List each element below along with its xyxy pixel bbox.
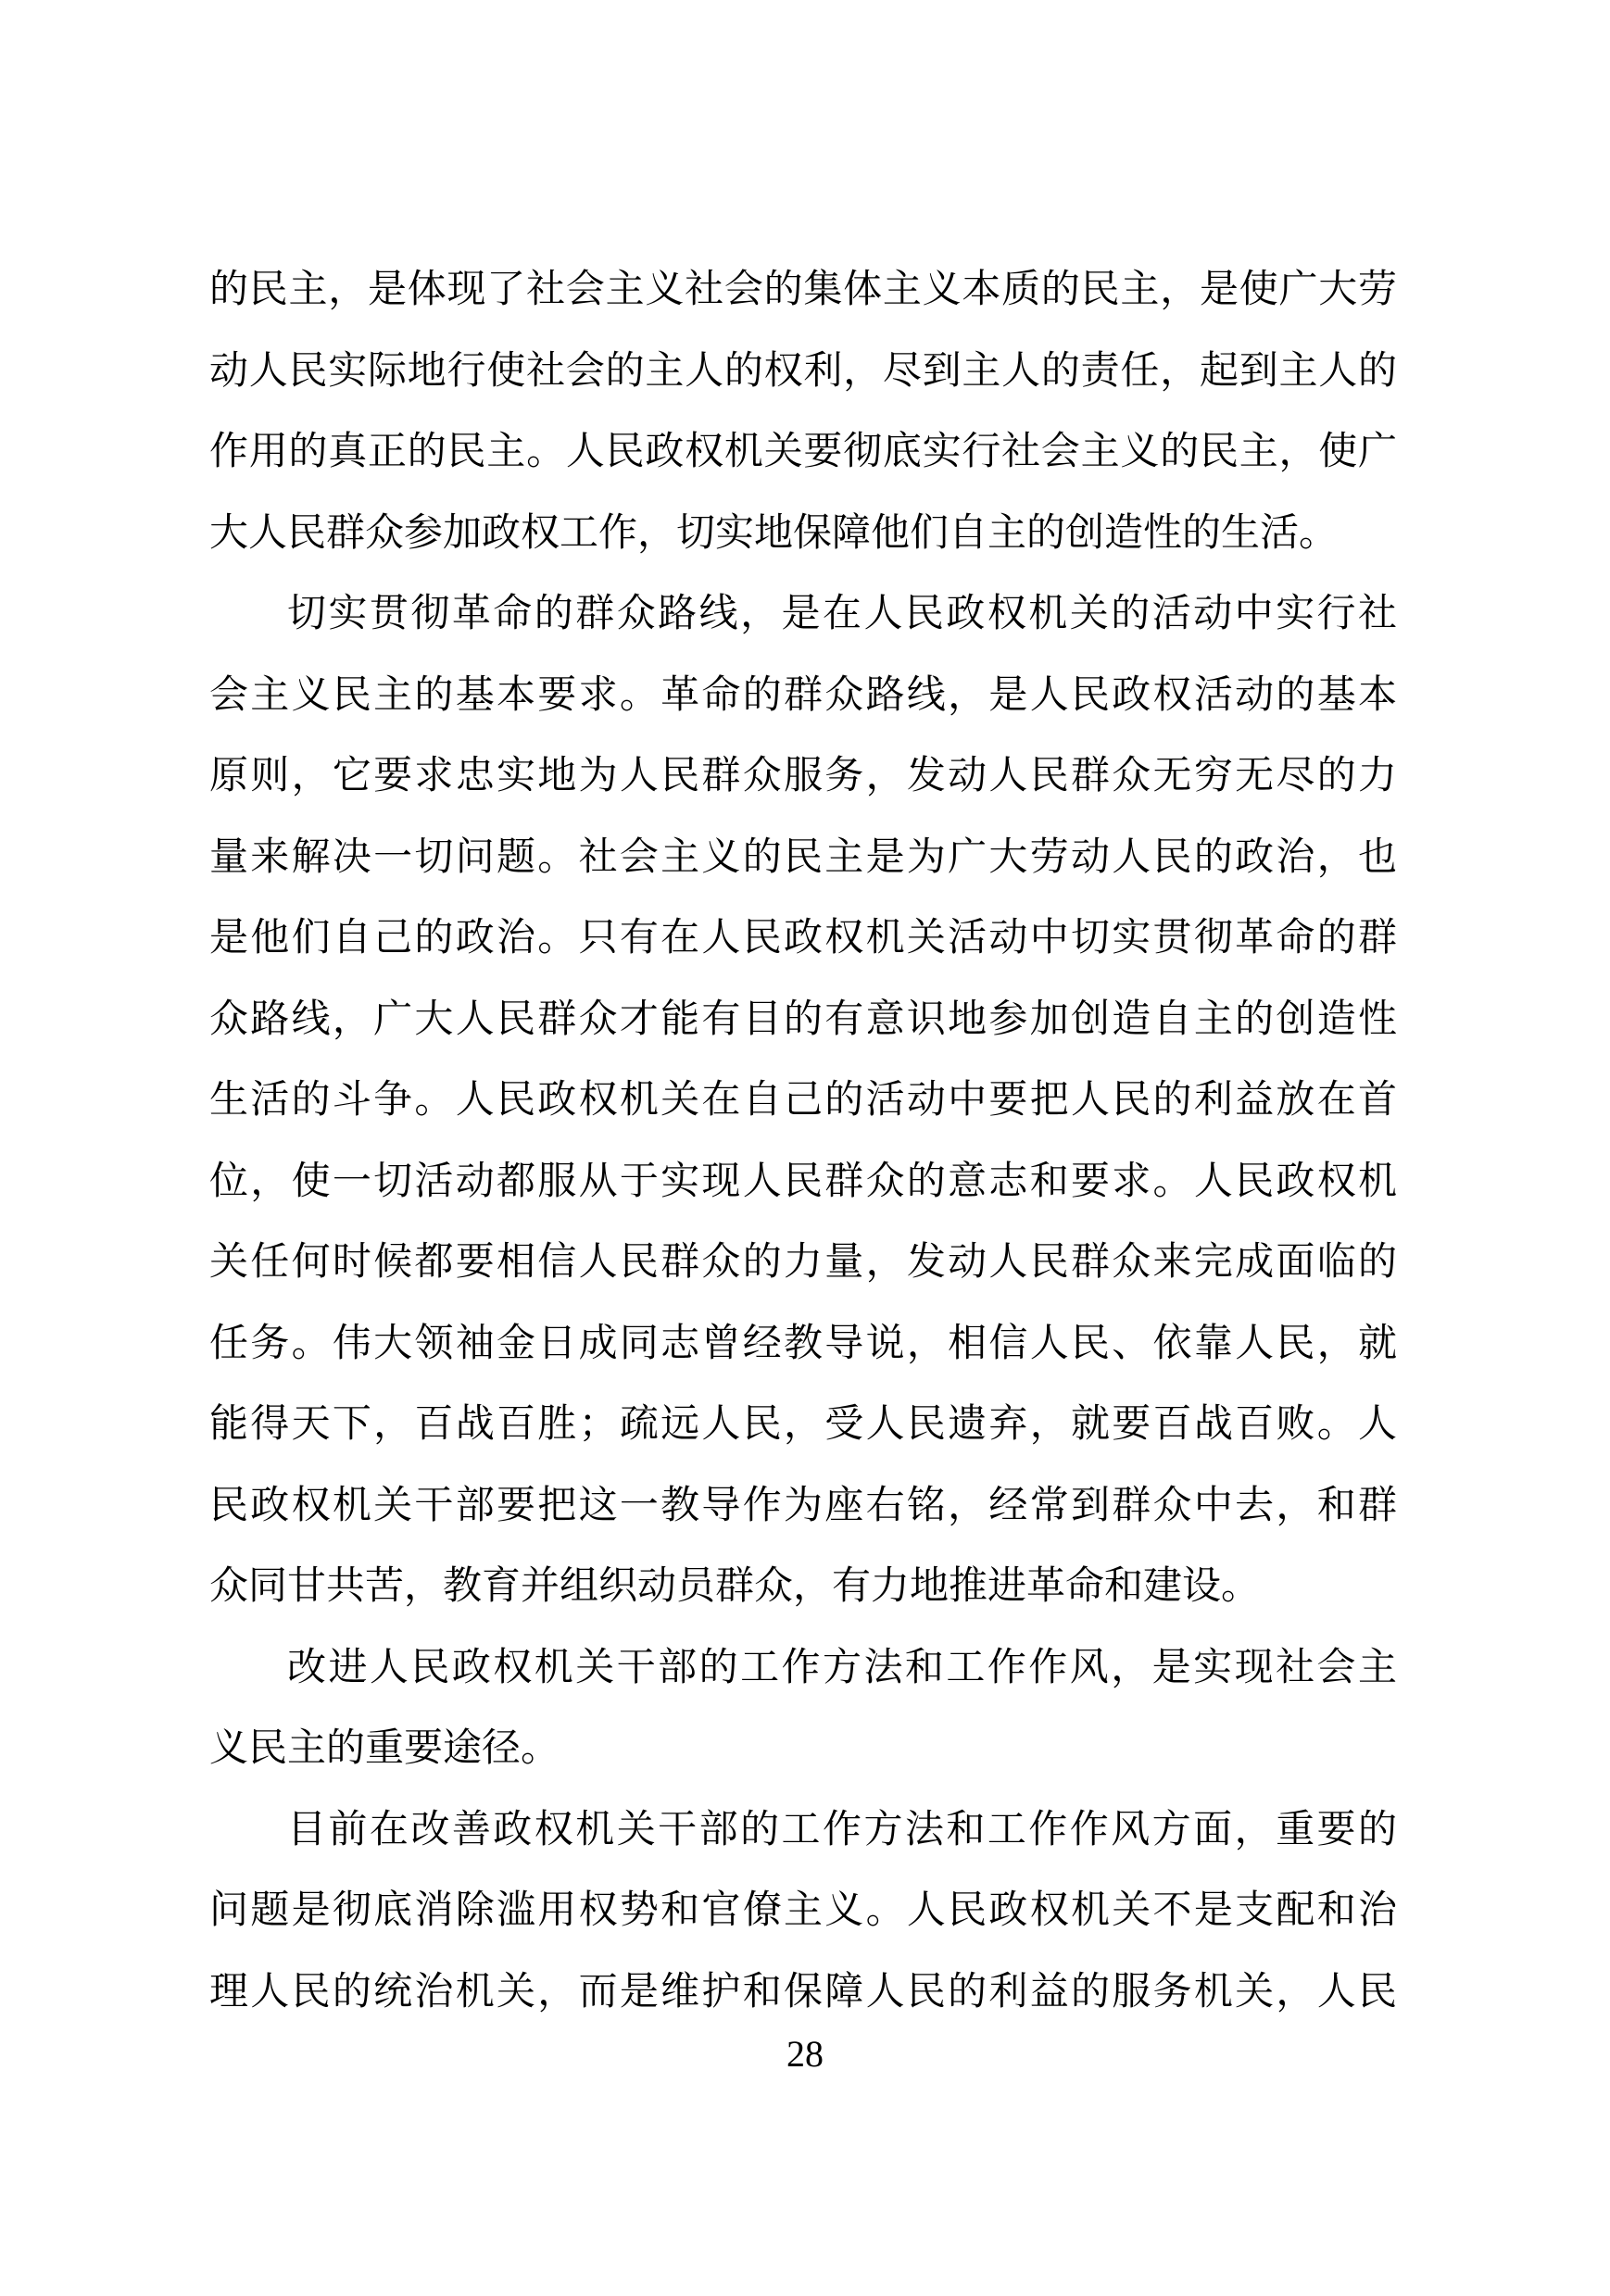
text-line: 切实贯彻革命的群众路线，是在人民政权机关的活动中实行社 (209, 574, 1397, 656)
text-line: 原则，它要求忠实地为人民群众服务，发动人民群众无穷无尽的力 (209, 736, 1397, 818)
page-number: 28 (0, 2034, 1610, 2075)
text-line: 是他们自己的政治。只有在人民政权机关活动中切实贯彻革命的群 (209, 898, 1397, 980)
text-line: 作用的真正的民主。人民政权机关要彻底实行社会主义的民主，使广 (209, 412, 1397, 494)
text-line: 民政权机关干部要把这一教导作为座右铭，经常到群众中去，和群 (209, 1466, 1397, 1548)
text-line: 的民主，是体现了社会主义社会的集体主义本质的民主，是使广大劳 (209, 250, 1397, 332)
document-page: 的民主，是体现了社会主义社会的集体主义本质的民主，是使广大劳动人民实际地行使社会… (0, 0, 1610, 2296)
text-line: 会主义民主的基本要求。革命的群众路线，是人民政权活动的基本 (209, 656, 1397, 737)
text-line: 众路线，广大人民群众才能有目的有意识地参加创造自主的创造性 (209, 980, 1397, 1061)
text-line: 动人民实际地行使社会的主人的权利，尽到主人的责任，起到主人的 (209, 332, 1397, 413)
text-block: 的民主，是体现了社会主义社会的集体主义本质的民主，是使广大劳动人民实际地行使社会… (209, 250, 1397, 2033)
text-line: 问题是彻底消除滥用权势和官僚主义。人民政权机关不是支配和治 (209, 1871, 1397, 1952)
text-line: 任务。伟大领袖金日成同志曾经教导说，相信人民、依靠人民，就 (209, 1304, 1397, 1386)
text-line: 大人民群众参加政权工作，切实地保障他们自主的创造性的生活。 (209, 494, 1397, 575)
text-line: 关任何时候都要相信人民群众的力量，发动人民群众来完成面临的 (209, 1223, 1397, 1304)
text-line: 量来解决一切问题。社会主义的民主是为广大劳动人民的政治，也 (209, 818, 1397, 899)
text-line: 能得天下，百战百胜；疏远人民，受人民遗弃，就要百战百败。人 (209, 1385, 1397, 1466)
text-line: 众同甘共苦，教育并组织动员群众，有力地推进革命和建设。 (209, 1547, 1397, 1628)
text-line: 改进人民政权机关干部的工作方法和工作作风，是实现社会主 (209, 1628, 1397, 1710)
text-line: 生活的斗争。人民政权机关在自己的活动中要把人民的利益放在首 (209, 1060, 1397, 1142)
text-line: 义民主的重要途径。 (209, 1709, 1397, 1790)
text-line: 位，使一切活动都服从于实现人民群众的意志和要求。人民政权机 (209, 1142, 1397, 1223)
text-line: 理人民的统治机关，而是维护和保障人民的利益的服务机关，人民 (209, 1952, 1397, 2034)
text-line: 目前在改善政权机关干部的工作方法和工作作风方面，重要的 (209, 1790, 1397, 1872)
